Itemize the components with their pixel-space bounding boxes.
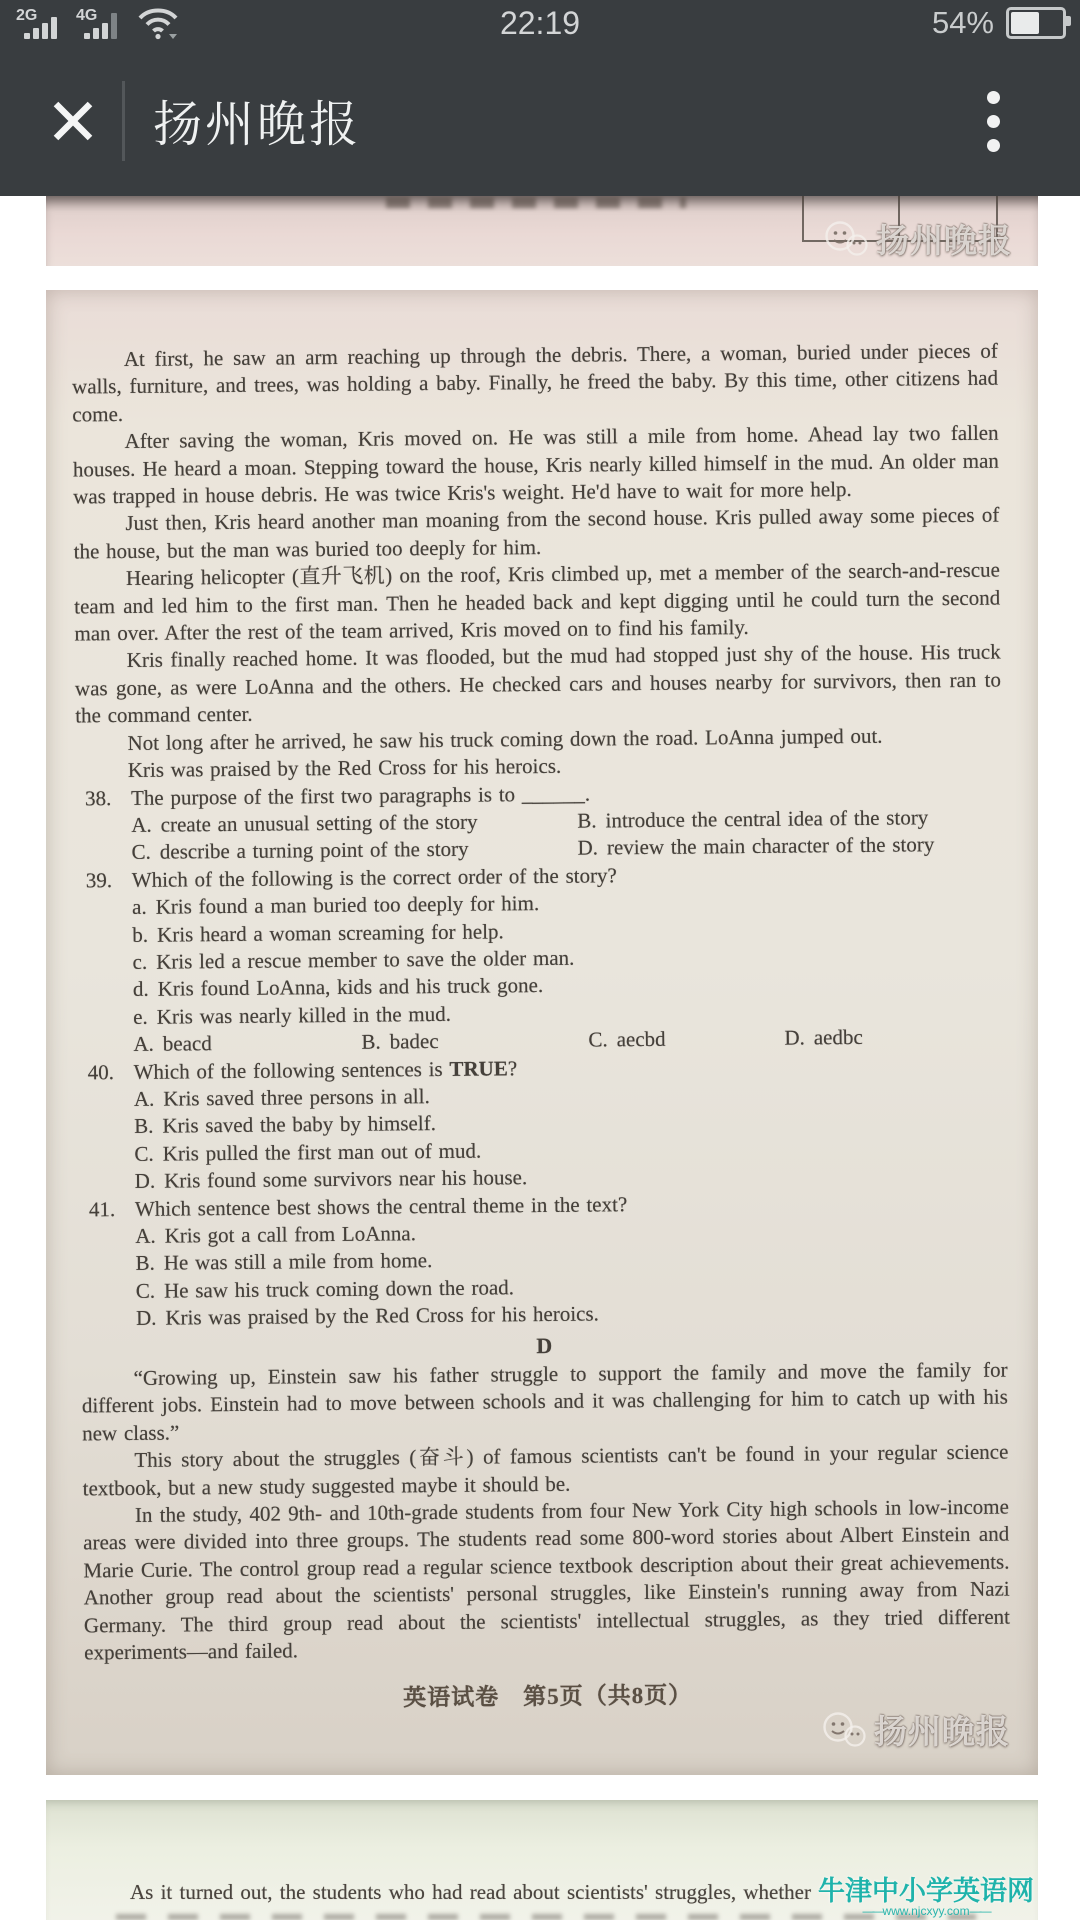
page-title: 扬州晚报 [153, 86, 361, 156]
more-menu-button[interactable] [981, 85, 1006, 158]
brand-watermark-text: 扬州晚报 [876, 215, 1012, 262]
menu-dot-icon [987, 139, 1000, 152]
passage-d-paragraph: “Growing up, Einstein saw his father str… [81, 1357, 1008, 1448]
question-41: 41. Which sentence best shows the centra… [80, 1187, 1007, 1333]
app-header: 扬州晚报 [0, 46, 1080, 196]
exam-photo-previous-page[interactable]: 扬州晚报 [46, 196, 1038, 266]
option-39-c: C.aecbd [588, 1025, 784, 1054]
battery-percent: 54% [932, 5, 994, 41]
brand-watermark-text: 扬州晚报 [874, 1706, 1010, 1753]
passage-d-paragraph: In the study, 402 9th- and 10th-grade st… [83, 1494, 1011, 1667]
close-icon [49, 97, 97, 145]
question-number: 40. [79, 1058, 135, 1196]
photo-gap [0, 266, 1080, 290]
wechat-smiley-icon [821, 1709, 867, 1751]
question-number: 39. [77, 867, 134, 1059]
site-watermark-url: www.njcxyy.com [818, 1905, 1034, 1918]
option-38-d: D.review the main character of the story [577, 831, 1002, 862]
story-paragraph: Hearing helicopter (直升飞机) on the roof, K… [74, 557, 1001, 648]
option-39-b: B.badec [361, 1027, 588, 1057]
story-paragraph: Kris finally reached home. It was floode… [75, 639, 1002, 730]
cut-text-smudge [386, 197, 686, 208]
wechat-smiley-icon [823, 218, 869, 260]
menu-dot-icon [987, 115, 1000, 128]
story-paragraph: After saving the woman, Kris moved on. H… [72, 420, 999, 511]
close-button[interactable] [48, 96, 98, 146]
exam-photo-page5[interactable]: At first, he saw an arm reaching up thro… [46, 290, 1038, 1775]
menu-dot-icon [987, 91, 1000, 104]
option-39-a: A.beacd [133, 1029, 361, 1059]
story-paragraph: Just then, Kris heard another man moanin… [73, 502, 999, 566]
passage-d-paragraph: This story about the struggles (奋斗) of f… [82, 1439, 1008, 1503]
brand-watermark: 扬州晚报 [821, 1706, 1010, 1753]
question-39: 39. Which of the following is the correc… [77, 858, 1005, 1059]
question-40: 40. Which of the following sentences is … [79, 1050, 1006, 1196]
site-watermark: 牛津中小学英语网 www.njcxyy.com [818, 1877, 1034, 1918]
exam-paper-text: At first, he saw an arm reaching up thro… [46, 290, 1038, 1715]
site-watermark-name: 牛津中小学英语网 [818, 1876, 1034, 1906]
question-number: 38. [76, 784, 132, 867]
battery-icon [1006, 7, 1066, 39]
story-paragraph: At first, he saw an arm reaching up thro… [72, 338, 999, 429]
emphasis-true: TRUE [449, 1056, 508, 1081]
battery-area: 54% [932, 5, 1080, 41]
status-bar: 2G 4G 22:19 54% [0, 0, 1080, 46]
clock: 22:19 [0, 5, 1080, 42]
photo-gap [0, 1775, 1080, 1800]
question-38: 38. The purpose of the first two paragra… [76, 776, 1003, 867]
option-39-d: D.aedbc [784, 1023, 1004, 1053]
brand-watermark: 扬州晚报 [823, 215, 1012, 262]
exam-photo-next-page[interactable]: As it turned out, the students who had r… [46, 1800, 1038, 1920]
option-38-b: B.introduce the central idea of the stor… [577, 803, 1002, 834]
header-divider [122, 81, 125, 161]
question-number: 41. [80, 1196, 136, 1334]
article-content: 扬州晚报 At first, he saw an arm reaching up… [0, 196, 1080, 1920]
option-38-c: C.describe a turning point of the story [131, 835, 577, 867]
option-38-a: A.create an unusual setting of the story [131, 808, 577, 840]
